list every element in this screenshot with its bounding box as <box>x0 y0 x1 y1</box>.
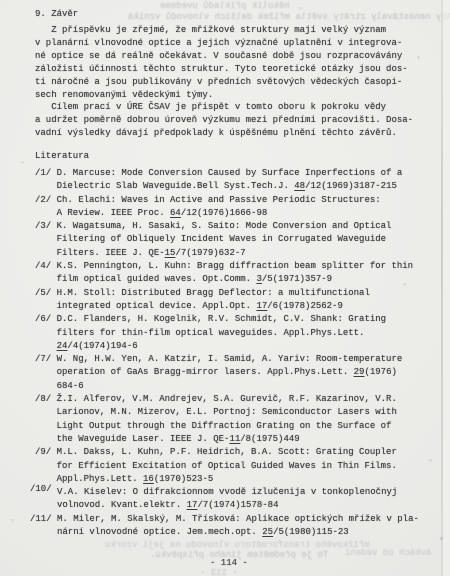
text-line: né optice se dá reálně očekávat. V souča… <box>35 50 408 63</box>
bleed-through-text: To je předmětem jiného příspěvku. <box>150 550 328 560</box>
reference-number: /4/ <box>35 261 51 271</box>
reference-line: /8/ Ž.I. Alferov, V.M. Andrejev, S.A. Gu… <box>35 393 419 406</box>
reference-number: /1/ <box>35 168 51 178</box>
reference-number: /10/ <box>30 484 52 494</box>
bleed-through-text: několik příkladů uvedeme <box>160 1 290 11</box>
reference-item: /8/ Ž.I. Alferov, V.M. Andrejev, S.A. Gu… <box>35 393 419 446</box>
reference-line: /3/ K. Wagatsuma, H. Sasaki, S. Saito: M… <box>35 220 419 233</box>
reference-number: /3/ <box>35 221 51 231</box>
reference-line: Filtering of Obliquely Incident Waves in… <box>35 233 419 246</box>
bleed-through-text: - 113 - <box>200 568 238 576</box>
reference-line: integrated optical device. Appl.Opt. 17/… <box>35 300 419 313</box>
closing-paragraph-1: Z příspěvku je zřejmé, že mřížkové struk… <box>35 24 408 102</box>
scan-speckles <box>0 0 1 1</box>
reference-item: /9/ M.L. Dakss, L. Kuhn, P.F. Heidrich, … <box>35 446 419 486</box>
reference-item: /10/ V.A. Kiselev: O difrakcionnom vvodě… <box>30 486 419 513</box>
reference-line: nární vlnovodné optice. Jem.mech.opt. 25… <box>30 526 419 539</box>
reference-line: /1/ D. Marcuse: Mode Conversion Caused b… <box>35 167 419 180</box>
reference-line: operation of GaAs Bragg-mirror lasers. A… <box>35 366 419 379</box>
reference-line: Filters. IEEE J. QE-15/7(1979)632-7 <box>35 247 419 260</box>
bleed-through-text: ávkách od vedení <box>345 548 431 558</box>
text-line: vadní výsledky dávají předpoklady k úspě… <box>35 127 413 140</box>
reference-number: /9/ <box>35 447 51 457</box>
text-line: záložisti účinnosti těchto struktur. Tyt… <box>35 63 408 76</box>
reference-line: 24/4(1974)194-6 <box>35 340 419 353</box>
reference-item: /6/ D.C. Flanders, H. Kogelnik, R.V. Sch… <box>35 313 419 353</box>
text-line: Z příspěvku je zřejmé, že mřížkové struk… <box>35 24 408 37</box>
literature-heading: Literatura <box>35 150 89 163</box>
reference-line: Dielectric Slab Waveguide.Bell Syst.Tech… <box>35 180 419 193</box>
reference-line: Light Output through the Diffraction Gra… <box>35 420 419 433</box>
reference-list: /1/ D. Marcuse: Mode Conversion Caused b… <box>35 167 419 539</box>
reference-line: /11/ M. Miler, M. Skalský, M. Třísková: … <box>30 513 419 526</box>
reference-item: /3/ K. Wagatsuma, H. Sasaki, S. Saito: M… <box>35 220 419 260</box>
reference-item: /7/ W. Ng, H.W. Yen, A. Katzir, I. Samid… <box>35 353 419 393</box>
scanned-document-page: 9. Závěr Z příspěvku je zřejmé, že mřížk… <box>0 0 450 576</box>
reference-item: /4/ K.S. Pennington, L. Kuhn: Bragg diff… <box>35 260 419 287</box>
reference-item: /5/ H.M. Stoll: Distributed Bragg Deflec… <box>35 287 419 314</box>
reference-line: A Review. IEEE Proc. 64/12(1976)1666-98 <box>35 207 419 220</box>
reference-line: volnovod. Kvant.elektr. 17/7(1974)1578-8… <box>30 499 419 512</box>
reference-line: /6/ D.C. Flanders, H. Kogelnik, R.V. Sch… <box>35 313 419 326</box>
reference-line: /5/ H.M. Stoll: Distributed Bragg Deflec… <box>35 287 419 300</box>
reference-number: /2/ <box>35 195 51 205</box>
reference-line: /10/ V.A. Kiselev: O difrakcionnom vvodě… <box>30 486 419 499</box>
reference-line: filters for thin-film optical waveguides… <box>35 327 419 340</box>
reference-line: /4/ K.S. Pennington, L. Kuhn: Bragg diff… <box>35 260 419 273</box>
text-line: v planární vlnovodné optice a jejich výz… <box>35 37 408 50</box>
text-line: ti náročné a jsou publikovány v předních… <box>35 76 408 89</box>
reference-line: /7/ W. Ng, H.W. Yen, A. Katzir, I. Samid… <box>35 353 419 366</box>
reference-number: /8/ <box>35 394 51 404</box>
section-heading: 9. Závěr <box>35 8 78 21</box>
text-line: Cílem prací v ÚRE ČSAV je přispět v tomt… <box>35 101 413 114</box>
page-crease-highlight <box>443 0 450 576</box>
reference-line: /2/ Ch. Elachi: Waves in Active and Pass… <box>35 194 419 207</box>
reference-line: Larionov, M.N. Mizerov, E.L. Portnoj: Se… <box>35 406 419 419</box>
reference-number: /11/ <box>30 514 52 524</box>
reference-line: for Efficient Excitation of Optical Guid… <box>35 460 419 473</box>
bleed-through-text: mřížkového transformátoru vlnovodu na je… <box>105 540 370 550</box>
reference-number: /7/ <box>35 354 51 364</box>
text-line: a udržet poměrně dobrou úroveň výzkumu m… <box>35 114 413 127</box>
reference-item: /2/ Ch. Elachi: Waves in Active and Pass… <box>35 194 419 221</box>
reference-item: /1/ D. Marcuse: Mode Conversion Caused b… <box>35 167 419 194</box>
bleed-through-text: Aby nenastávaly ztráty světla mřížek dal… <box>128 12 450 22</box>
closing-paragraph-2: Cílem prací v ÚRE ČSAV je přispět v tomt… <box>35 101 413 140</box>
reference-line: 684-6 <box>35 380 419 393</box>
reference-item: /11/ M. Miler, M. Skalský, M. Třísková: … <box>30 513 419 540</box>
reference-number: /6/ <box>35 314 51 324</box>
reference-number: /5/ <box>35 288 51 298</box>
reference-line: Appl.Phys.Lett. 16(1970)523-5 <box>35 473 419 486</box>
reference-line: film optical guided waves. Opt.Comm. 3/5… <box>35 273 419 286</box>
reference-line: the Waveguide Laser. IEEE J. QE-11/8(197… <box>35 433 419 446</box>
reference-line: /9/ M.L. Dakss, L. Kuhn, P.F. Heidrich, … <box>35 446 419 459</box>
